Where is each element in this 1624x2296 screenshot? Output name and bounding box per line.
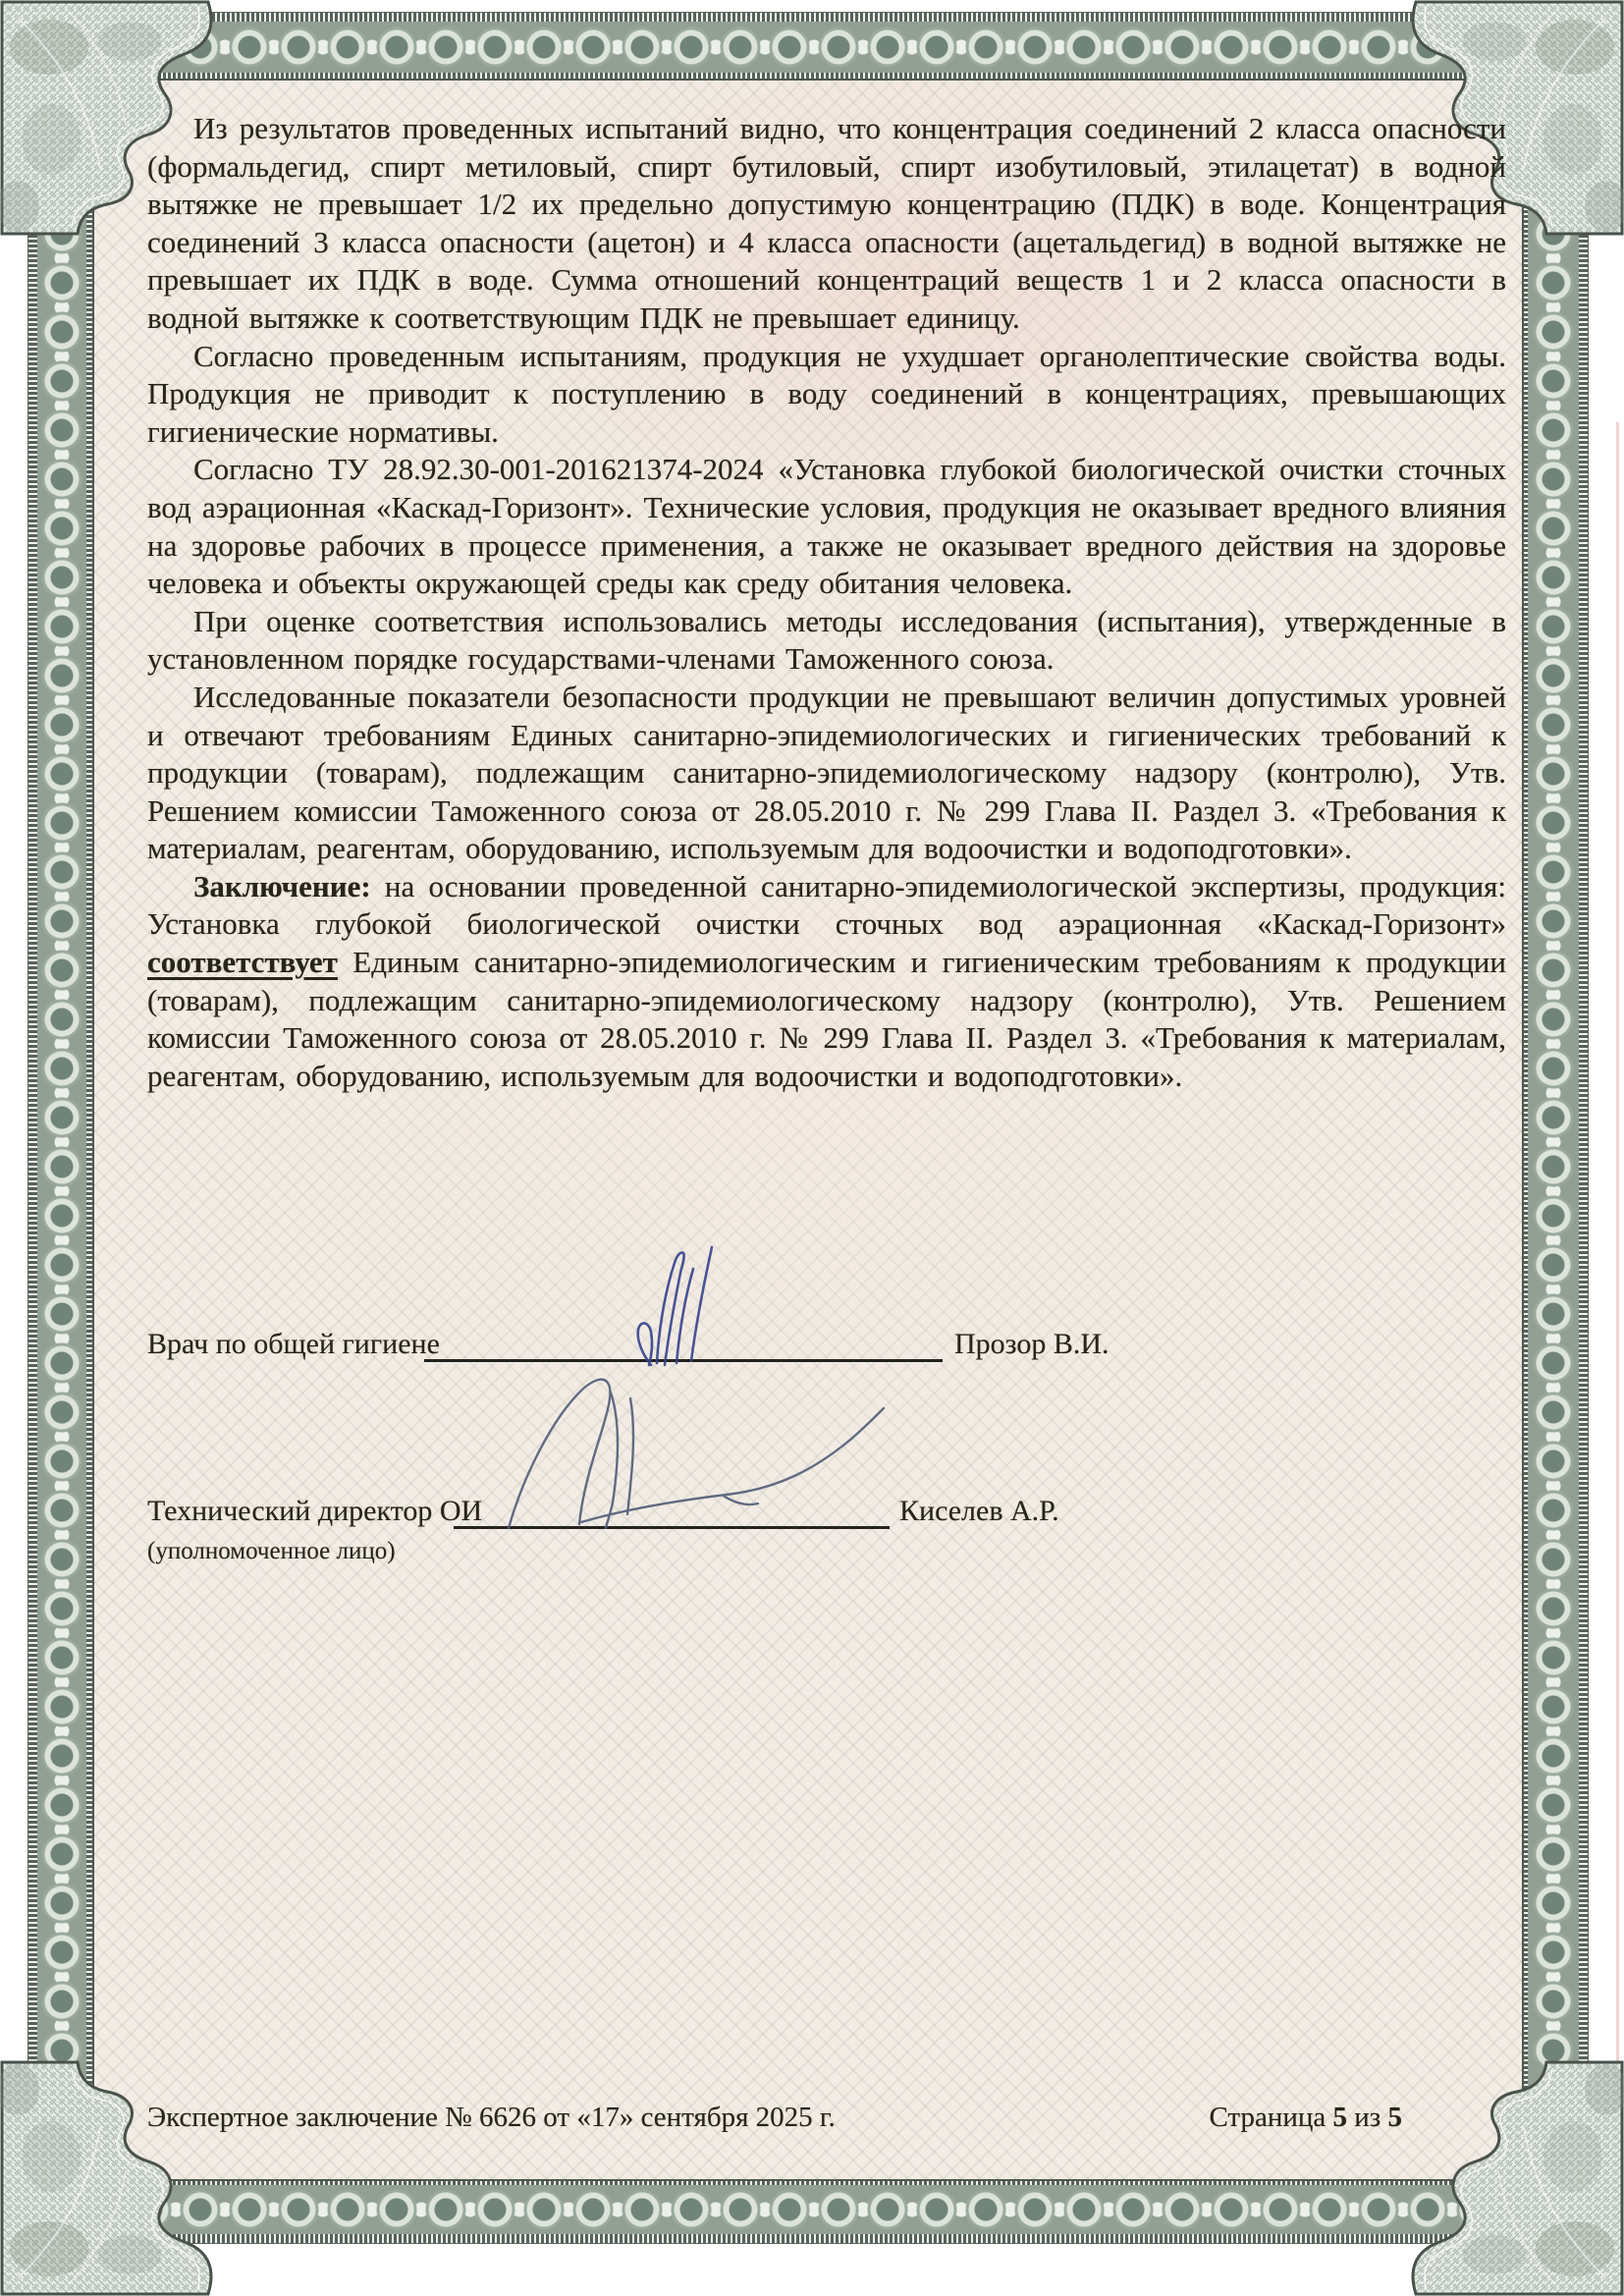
paragraph: Согласно ТУ 28.92.30-001-201621374-2024 … [147,451,1506,602]
footer-page-total: 5 [1388,2102,1403,2133]
signature-ink [491,1361,903,1543]
guilloche-border-bottom [27,2175,1589,2244]
scan-edge-artifact [1616,422,1619,2092]
footer-page-number: Страница 5 из 5 [1174,2102,1402,2134]
document-page: Из результатов проведенных испытаний вид… [0,0,1624,2296]
signatory-role: Технический директор ОИ [147,1495,482,1528]
paragraph: При оценке соответствия использовались м… [147,603,1506,679]
paragraph: Исследованные показатели безопасности пр… [147,679,1506,868]
signature-ink [574,1243,781,1371]
signatory-name: Прозор В.И. [954,1328,1110,1361]
guilloche-border-top [27,12,1589,82]
conclusion-text-after: Единым санитарно-эпидемиологическим и ги… [147,945,1506,1093]
lace-corner-bottom-right [1398,2060,1624,2296]
conclusion-label: Заключение: [193,869,371,903]
lace-corner-bottom-left [0,2060,226,2296]
footer-of-word: из [1354,2102,1380,2133]
document-body: Из результатов проведенных испытаний вид… [147,110,1506,1095]
conclusion-paragraph: Заключение: на основании проведенной сан… [147,868,1506,1096]
footer-reference: Экспертное заключение № 6626 от «17» сен… [147,2102,836,2134]
footer-page-current: 5 [1333,2102,1348,2133]
signatory-role: Врач по общей гигиене [147,1328,440,1361]
guilloche-border-left [27,12,96,2244]
signatory-name: Киселев А.Р. [899,1495,1059,1528]
paragraph: Согласно проведенным испытаниям, продукц… [147,338,1506,452]
signatory-role-note: (уполномоченное лицо) [147,1538,396,1565]
guilloche-border-right [1518,12,1589,2244]
footer-page-word: Страница [1209,2102,1326,2133]
paragraph: Из результатов проведенных испытаний вид… [147,110,1506,338]
conclusion-keyword: соответствует [147,945,338,979]
